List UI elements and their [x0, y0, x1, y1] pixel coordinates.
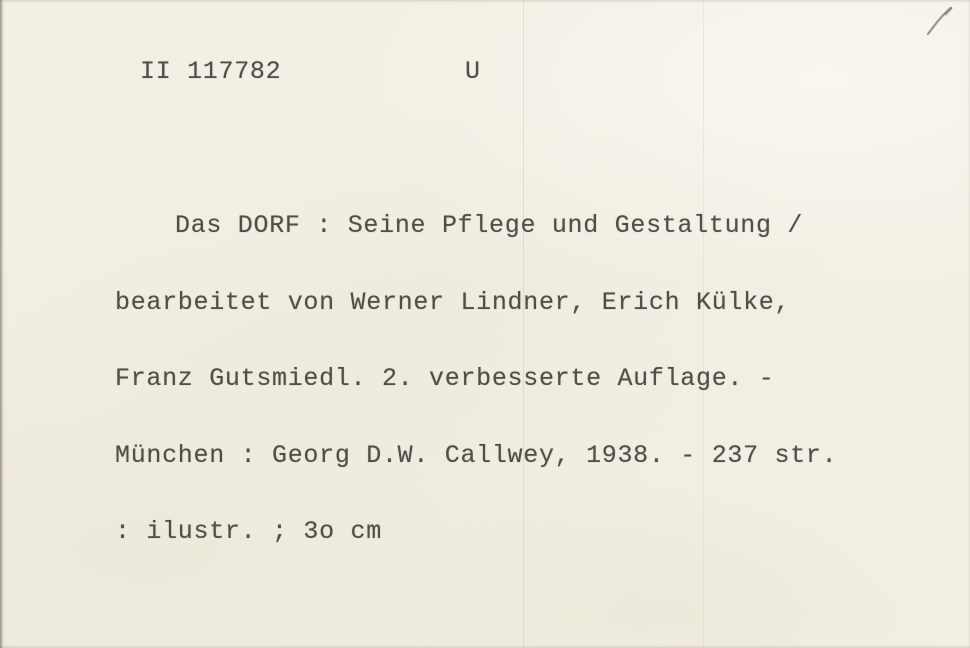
catalog-entry: Das DORF : Seine Pflege und Gestaltung /…	[115, 162, 895, 596]
catalog-entry-line: Franz Gutsmiedl. 2. verbesserte Auflage.…	[115, 366, 895, 392]
catalog-entry-line: bearbeitet von Werner Lindner, Erich Kül…	[115, 290, 895, 316]
section-letter: U	[465, 59, 481, 85]
card-left-edge-shadow	[0, 0, 3, 648]
call-number: II 117782	[140, 59, 281, 85]
catalog-entry-line: : ilustr. ; 3o cm	[115, 519, 895, 545]
catalog-card: II 117782 U Das DORF : Seine Pflege und …	[0, 0, 970, 648]
catalog-entry-line: Das DORF : Seine Pflege und Gestaltung /	[115, 213, 895, 239]
catalog-entry-line: München : Georg D.W. Callwey, 1938. - 23…	[115, 443, 895, 469]
pen-slash-mark-icon	[924, 5, 956, 37]
